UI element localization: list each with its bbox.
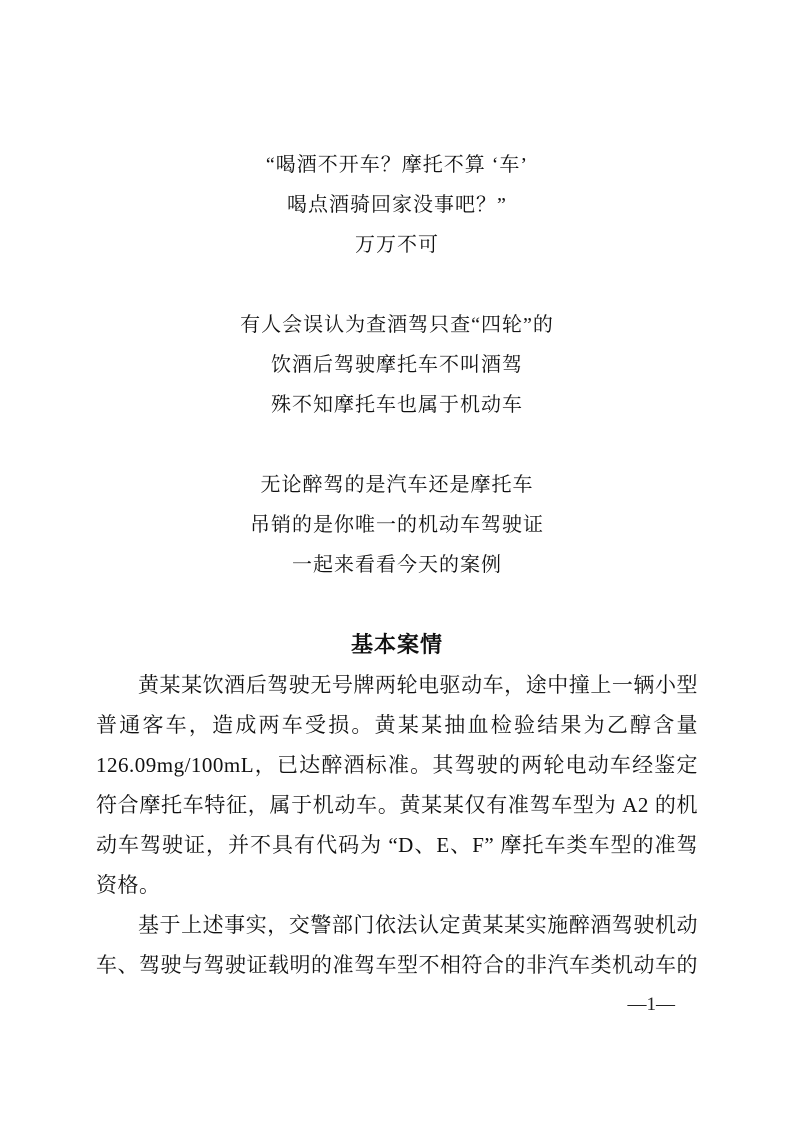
stanza-line: 殊不知摩托车也属于机动车	[96, 385, 698, 425]
stanza-line: 喝点酒骑回家没事吧？”	[96, 185, 698, 225]
document-page: “喝酒不开车？摩托不算 ‘车’ 喝点酒骑回家没事吧？” 万万不可 有人会误认为查…	[0, 0, 793, 1122]
stanza-line: 有人会误认为查酒驾只查“四轮”的	[96, 305, 698, 345]
document-content: “喝酒不开车？摩托不算 ‘车’ 喝点酒骑回家没事吧？” 万万不可 有人会误认为查…	[96, 145, 698, 985]
stanza-line: 吊销的是你唯一的机动车驾驶证	[96, 505, 698, 545]
intro-stanza-1: “喝酒不开车？摩托不算 ‘车’ 喝点酒骑回家没事吧？” 万万不可	[96, 145, 698, 265]
stanza-line: 一起来看看今天的案例	[96, 545, 698, 585]
body-paragraph-1: 黄某某饮酒后驾驶无号牌两轮电驱动车，途中撞上一辆小型普通客车，造成两车受损。黄某…	[96, 665, 698, 905]
body-paragraph-2: 基于上述事实，交警部门依法认定黄某某实施醉酒驾驶机动车、驾驶与驾驶证载明的准驾车…	[96, 905, 698, 985]
intro-stanza-3: 无论醉驾的是汽车还是摩托车 吊销的是你唯一的机动车驾驶证 一起来看看今天的案例	[96, 465, 698, 585]
intro-stanza-2: 有人会误认为查酒驾只查“四轮”的 饮酒后驾驶摩托车不叫酒驾 殊不知摩托车也属于机…	[96, 305, 698, 425]
stanza-line: 饮酒后驾驶摩托车不叫酒驾	[96, 345, 698, 385]
stanza-line: 万万不可	[96, 225, 698, 265]
section-heading: 基本案情	[96, 625, 698, 665]
stanza-line: “喝酒不开车？摩托不算 ‘车’	[96, 145, 698, 185]
stanza-line: 无论醉驾的是汽车还是摩托车	[96, 465, 698, 505]
page-number: —1—	[628, 985, 676, 1025]
